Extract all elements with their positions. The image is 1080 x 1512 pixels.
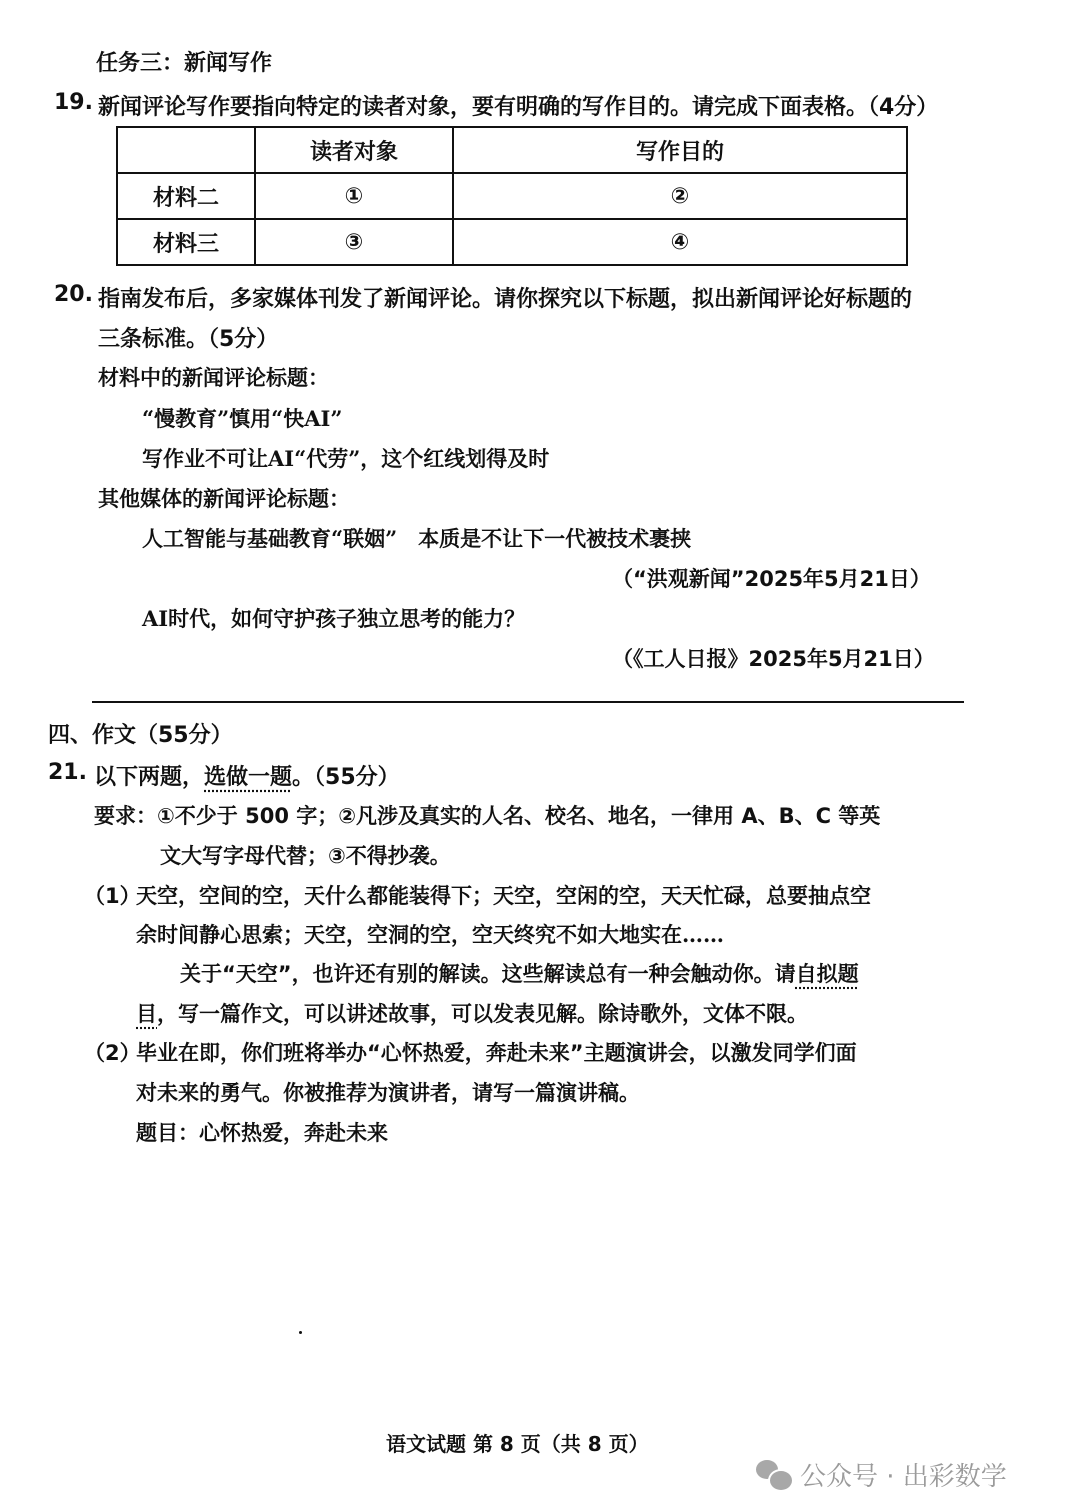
section-divider [92,701,964,703]
option-2-text: 对未来的勇气。你被推荐为演讲者，请写一篇演讲稿。 [136,1077,640,1107]
table-cell: 材料三 [117,219,255,265]
other-title: 人工智能与基础教育“联姻” 本质是不让下一代被技术裹挟 [142,523,691,553]
question-intro: 以下两题，选做一题。（55分） [94,760,400,791]
table-row: 材料三 ③ ④ [117,219,907,265]
watermark-text: 公众号 · 出彩数学 [800,1456,1007,1493]
question-text: 指南发布后，多家媒体刊发了新闻评论。请你探究以下标题，拟出新闻评论好标题的 [98,282,912,313]
other-media-label: 其他媒体的新闻评论标题： [98,483,350,513]
wechat-icon [756,1460,792,1490]
option-2-label: （2） [84,1037,141,1067]
material-title: 写作业不可让AI“代劳”，这个红线划得及时 [142,443,549,473]
reader-purpose-table: 读者对象 写作目的 材料二 ① ② 材料三 ③ ④ [116,126,908,266]
section-4-heading: 四、作文（55分） [48,718,233,749]
task-heading: 任务三：新闻写作 [96,46,272,77]
material-title: “慢教育”慎用“快AI” [142,403,342,433]
page-footer: 语文试题 第 8 页（共 8 页） [386,1428,649,1457]
table-cell: 材料二 [117,173,255,219]
option-1-instruction: 关于“天空”，也许还有别的解读。这些解读总有一种会触动你。请自拟题 [180,958,859,988]
option-1-text: 天空，空间的空，天什么都能装得下；天空，空闲的空，天天忙碌，总要抽点空 [136,880,871,910]
question-text-cont: 三条标准。（5分） [98,322,278,353]
question-number: 19. [54,90,93,115]
intro-emphasis: 选做一题 [204,765,292,790]
other-title-source: （“洪观新闻”2025年5月21日） [612,563,931,593]
intro-suffix: 。（55分） [292,765,400,790]
table-cell: ② [453,173,907,219]
question-text: 新闻评论写作要指向特定的读者对象，要有明确的写作目的。请完成下面表格。（4分） [98,90,938,121]
instruction-emphasis: 目 [136,1002,157,1026]
intro-prefix: 以下两题， [94,765,204,790]
table-row: 材料二 ① ② [117,173,907,219]
option-2-title: 题目：心怀热爱，奔赴未来 [136,1117,388,1147]
other-title: AI时代，如何守护孩子独立思考的能力？ [142,603,525,633]
table-header-cell [117,127,255,173]
question-number: 20. [54,282,93,307]
watermark: 公众号 · 出彩数学 [756,1456,1007,1493]
table-cell: ① [255,173,453,219]
option-1-instruction-cont: 目，写一篇作文，可以讲述故事，可以发表见解。除诗歌外，文体不限。 [136,998,808,1028]
option-1-label: （1） [84,880,141,910]
requirements-cont: 文大写字母代替；③不得抄袭。 [160,840,451,870]
table-header-cell: 读者对象 [255,127,453,173]
table-header-row: 读者对象 写作目的 [117,127,907,173]
other-title-source: （《工人日报》2025年5月21日） [612,643,935,673]
instruction-prefix: 关于“天空”，也许还有别的解读。这些解读总有一种会触动你。请 [180,962,796,986]
option-1-text: 余时间静心思索；天空，空洞的空，空天终究不如大地实在…… [136,919,724,949]
option-2-text: 毕业在即，你们班将举办“心怀热爱，奔赴未来”主题演讲会，以激发同学们面 [136,1037,857,1067]
table-header-cell: 写作目的 [453,127,907,173]
stray-dot [299,1331,302,1334]
table-cell: ④ [453,219,907,265]
instruction-emphasis: 自拟题 [796,962,859,986]
instruction-suffix: ，写一篇作文，可以讲述故事，可以发表见解。除诗歌外，文体不限。 [157,1002,808,1026]
question-number: 21. [48,760,87,785]
material-label: 材料中的新闻评论标题： [98,362,329,392]
requirements: 要求：①不少于 500 字；②凡涉及真实的人名、校名、地名，一律用 A、B、C … [94,800,880,830]
table-cell: ③ [255,219,453,265]
